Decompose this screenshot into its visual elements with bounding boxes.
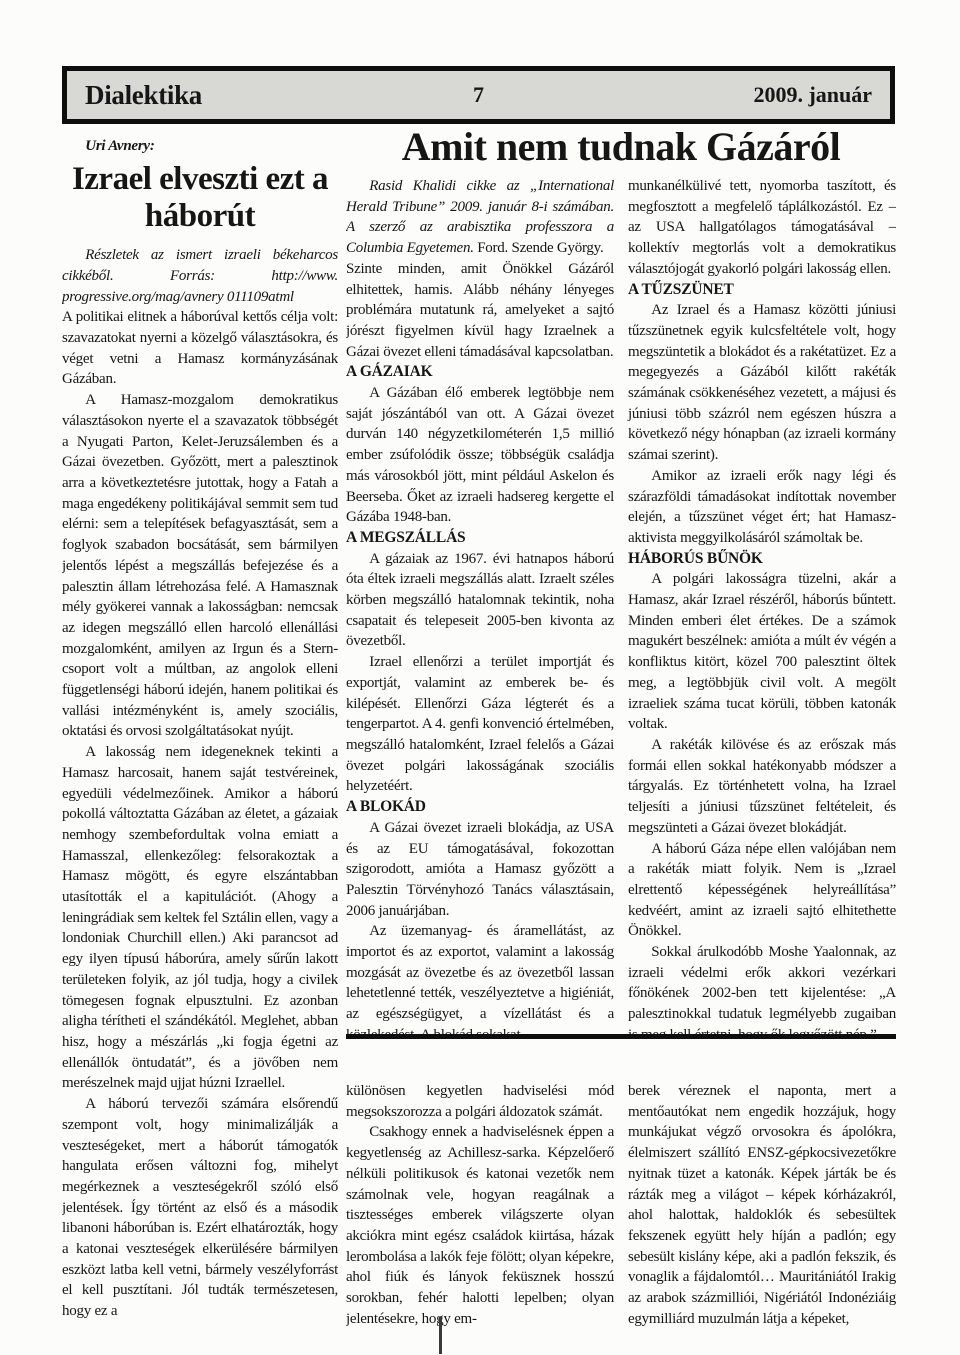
byline: Uri Avnery:: [62, 136, 338, 157]
masthead: Dialektika 7 2009. január: [62, 66, 895, 124]
paragraph: A háború Gáza népe ellen valójában nem a…: [628, 839, 896, 943]
left-article: Uri Avnery: Izrael elveszti ezt a háború…: [62, 136, 338, 1328]
section-heading-gazaiak: A GÁZAIAK: [346, 362, 614, 383]
continuation-column-1: különösen kegyetlen hadviselési mód megs…: [346, 1081, 614, 1355]
paragraph: A politikai elitnek a háborúval kettős c…: [62, 307, 338, 390]
section-heading-megszallas: A MEGSZÁLLÁS: [346, 528, 614, 549]
main-article-lead: Rasid Khalidi cikke az „International He…: [346, 176, 614, 259]
paragraph: munkanélkülivé tett, nyomorba taszított,…: [628, 176, 896, 280]
main-column-2: munkanélkülivé tett, nyomorba taszított,…: [628, 176, 896, 1034]
left-article-lead: Részletek az ismert izraeli békeharcos c…: [62, 245, 338, 307]
paragraph: A lakosság nem idegeneknek tekinti a Ham…: [62, 742, 338, 1094]
continuation-column-2: berek véreznek el naponta, mert a mentőa…: [628, 1081, 896, 1355]
paragraph: különösen kegyetlen hadviselési mód megs…: [346, 1081, 614, 1122]
issue-date: 2009. január: [484, 82, 890, 108]
translator-credit: Ford. Szende György.: [477, 240, 603, 256]
main-headline: Amit nem tudnak Gázáról: [346, 126, 896, 168]
paragraph: A Gázában élő emberek legtöbbje nem sajá…: [346, 383, 614, 528]
publication-title: Dialektika: [67, 80, 473, 111]
section-heading-tuzszunet: A TŰZSZÜNET: [628, 280, 896, 301]
paragraph: A polgári lakosságra tüzelni, akár a Ham…: [628, 569, 896, 735]
section-divider-rule: [346, 1034, 896, 1039]
paragraph: Az üzemanyag- és áramellátást, az import…: [346, 921, 614, 1034]
paragraph: Szinte minden, amit Önökkel Gázáról elhi…: [346, 259, 614, 363]
main-columns: Rasid Khalidi cikke az „International He…: [346, 176, 896, 1034]
newspaper-page: Dialektika 7 2009. január Uri Avnery: Iz…: [0, 0, 960, 1355]
main-article: Amit nem tudnak Gázáról Rasid Khalidi ci…: [346, 126, 896, 1355]
paragraph: Az Izrael és a Hamasz közötti júniusi tű…: [628, 300, 896, 466]
paragraph: A Gázai övezet izraeli blokádja, az USA …: [346, 818, 614, 922]
paragraph: berek véreznek el naponta, mert a mentőa…: [628, 1081, 896, 1329]
paragraph: A Hamasz-mozgalom demokratikus választás…: [62, 390, 338, 742]
paragraph: Amikor az izraeli erők nagy légi és szár…: [628, 466, 896, 549]
page-number: 7: [473, 82, 484, 108]
section-heading-haborus-bunok: HÁBORÚS BŰNÖK: [628, 549, 896, 570]
section-heading-blokad: A BLOKÁD: [346, 797, 614, 818]
page-bottom-mark: [439, 1317, 442, 1354]
continuation-columns: különösen kegyetlen hadviselési mód megs…: [346, 1081, 896, 1355]
paragraph: A rakéták kilövése és az erőszak más for…: [628, 735, 896, 839]
main-column-1: Rasid Khalidi cikke az „International He…: [346, 176, 614, 1034]
paragraph: Sokkal árulkodóbb Moshe Yaalonnak, az iz…: [628, 942, 896, 1034]
paragraph: A gázaiak az 1967. évi hatnapos háború ó…: [346, 549, 614, 653]
paragraph: Csakhogy ennek a hadviselésnek éppen a k…: [346, 1122, 614, 1329]
paragraph: A háború tervezői számára elsőrendű szem…: [62, 1094, 338, 1322]
paragraph: Izrael ellenőrzi a terület importját és …: [346, 652, 614, 797]
left-article-title: Izrael elveszti ezt a háborút: [62, 161, 338, 236]
